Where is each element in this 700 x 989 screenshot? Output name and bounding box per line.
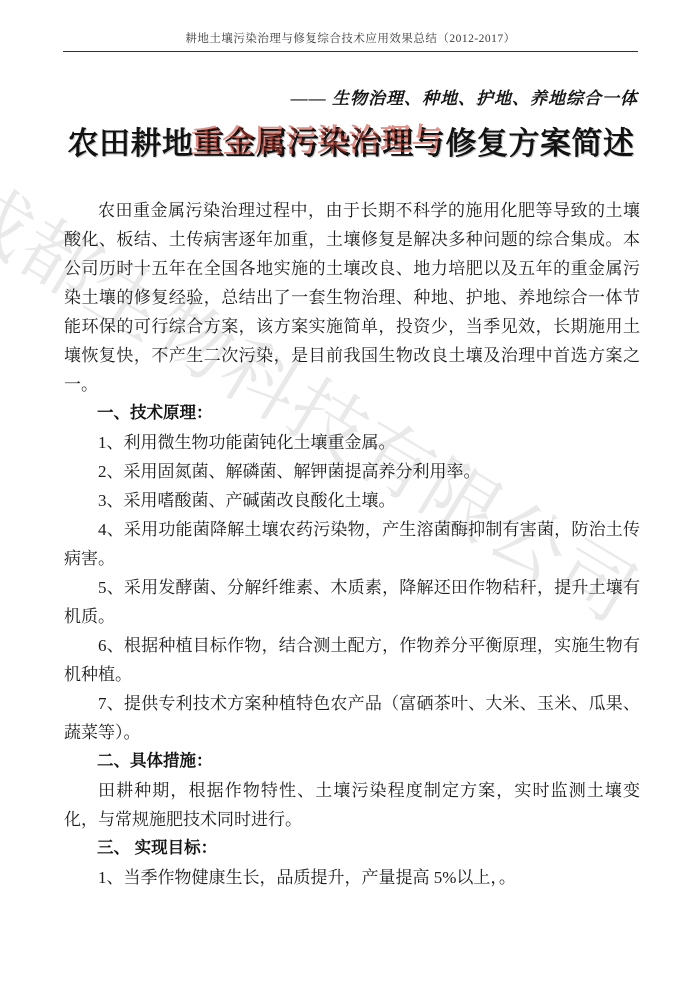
doc-title-red-ghost: 重金属污染治理与 (190, 117, 442, 166)
doc-body: 农田重金属污染治理过程中，由于长期不科学的施用化肥等导致的土壤酸化、板结、土传病… (64, 196, 640, 892)
section-heading-goals: 三、 实现目标： (64, 834, 640, 863)
intro-paragraph: 农田重金属污染治理过程中，由于长期不科学的施用化肥等导致的土壤酸化、板结、土传病… (64, 196, 640, 399)
section-heading-principles: 一、技术原理： (64, 399, 640, 428)
header-title: 耕地土壤污染治理与修复综合技术应用效果总结（2012-2017） (185, 33, 515, 45)
principle-item: 2、采用固氮菌、解磷菌、解钾菌提高养分利用率。 (64, 457, 640, 486)
principle-item: 1、利用微生物功能菌钝化土壤重金属。 (64, 428, 640, 457)
doc-title-post: 修复方案简述 (446, 126, 635, 161)
doc-subtitle: —— 生物治理、种地、护地、养地综合一体 (63, 84, 638, 109)
principle-item: 5、采用发酵菌、分解纤维素、木质素，降解还田作物秸秆，提升土壤有机质。 (64, 573, 640, 631)
principle-item: 6、根据种植目标作物，结合测土配方，作物养分平衡原理，实施生物有机种植。 (64, 631, 640, 689)
page-header: 耕地土壤污染治理与修复综合技术应用效果总结（2012-2017） (63, 30, 638, 52)
section-heading-measures: 二、具体措施： (64, 747, 640, 776)
goal-item: 1、当季作物健康生长，品质提升，产量提高 5%以上，。 (64, 863, 640, 892)
doc-title-pre: 农田耕地 (68, 126, 194, 161)
principle-item: 3、采用嗜酸菌、产碱菌改良酸化土壤。 (64, 486, 640, 515)
principle-item: 4、采用功能菌降解土壤农药污染物，产生溶菌酶抑制有害菌，防治土传病害。 (64, 515, 640, 573)
doc-title: 农田耕地重金属污染治理与重金属污染治理与修复方案简述 (63, 121, 639, 167)
principle-item: 7、提供专利技术方案种植特色农产品（富硒茶叶、大米、玉米、瓜果、蔬菜等）。 (64, 689, 640, 747)
document-page: 成都生物科技有限公司 耕地土壤污染治理与修复综合技术应用效果总结（2012-20… (0, 0, 700, 989)
measures-paragraph: 田耕种期，根据作物特性、土壤污染程度制定方案，实时监测土壤变化，与常规施肥技术同… (64, 776, 640, 834)
doc-title-mid: 重金属污染治理与重金属污染治理与 (194, 121, 446, 167)
